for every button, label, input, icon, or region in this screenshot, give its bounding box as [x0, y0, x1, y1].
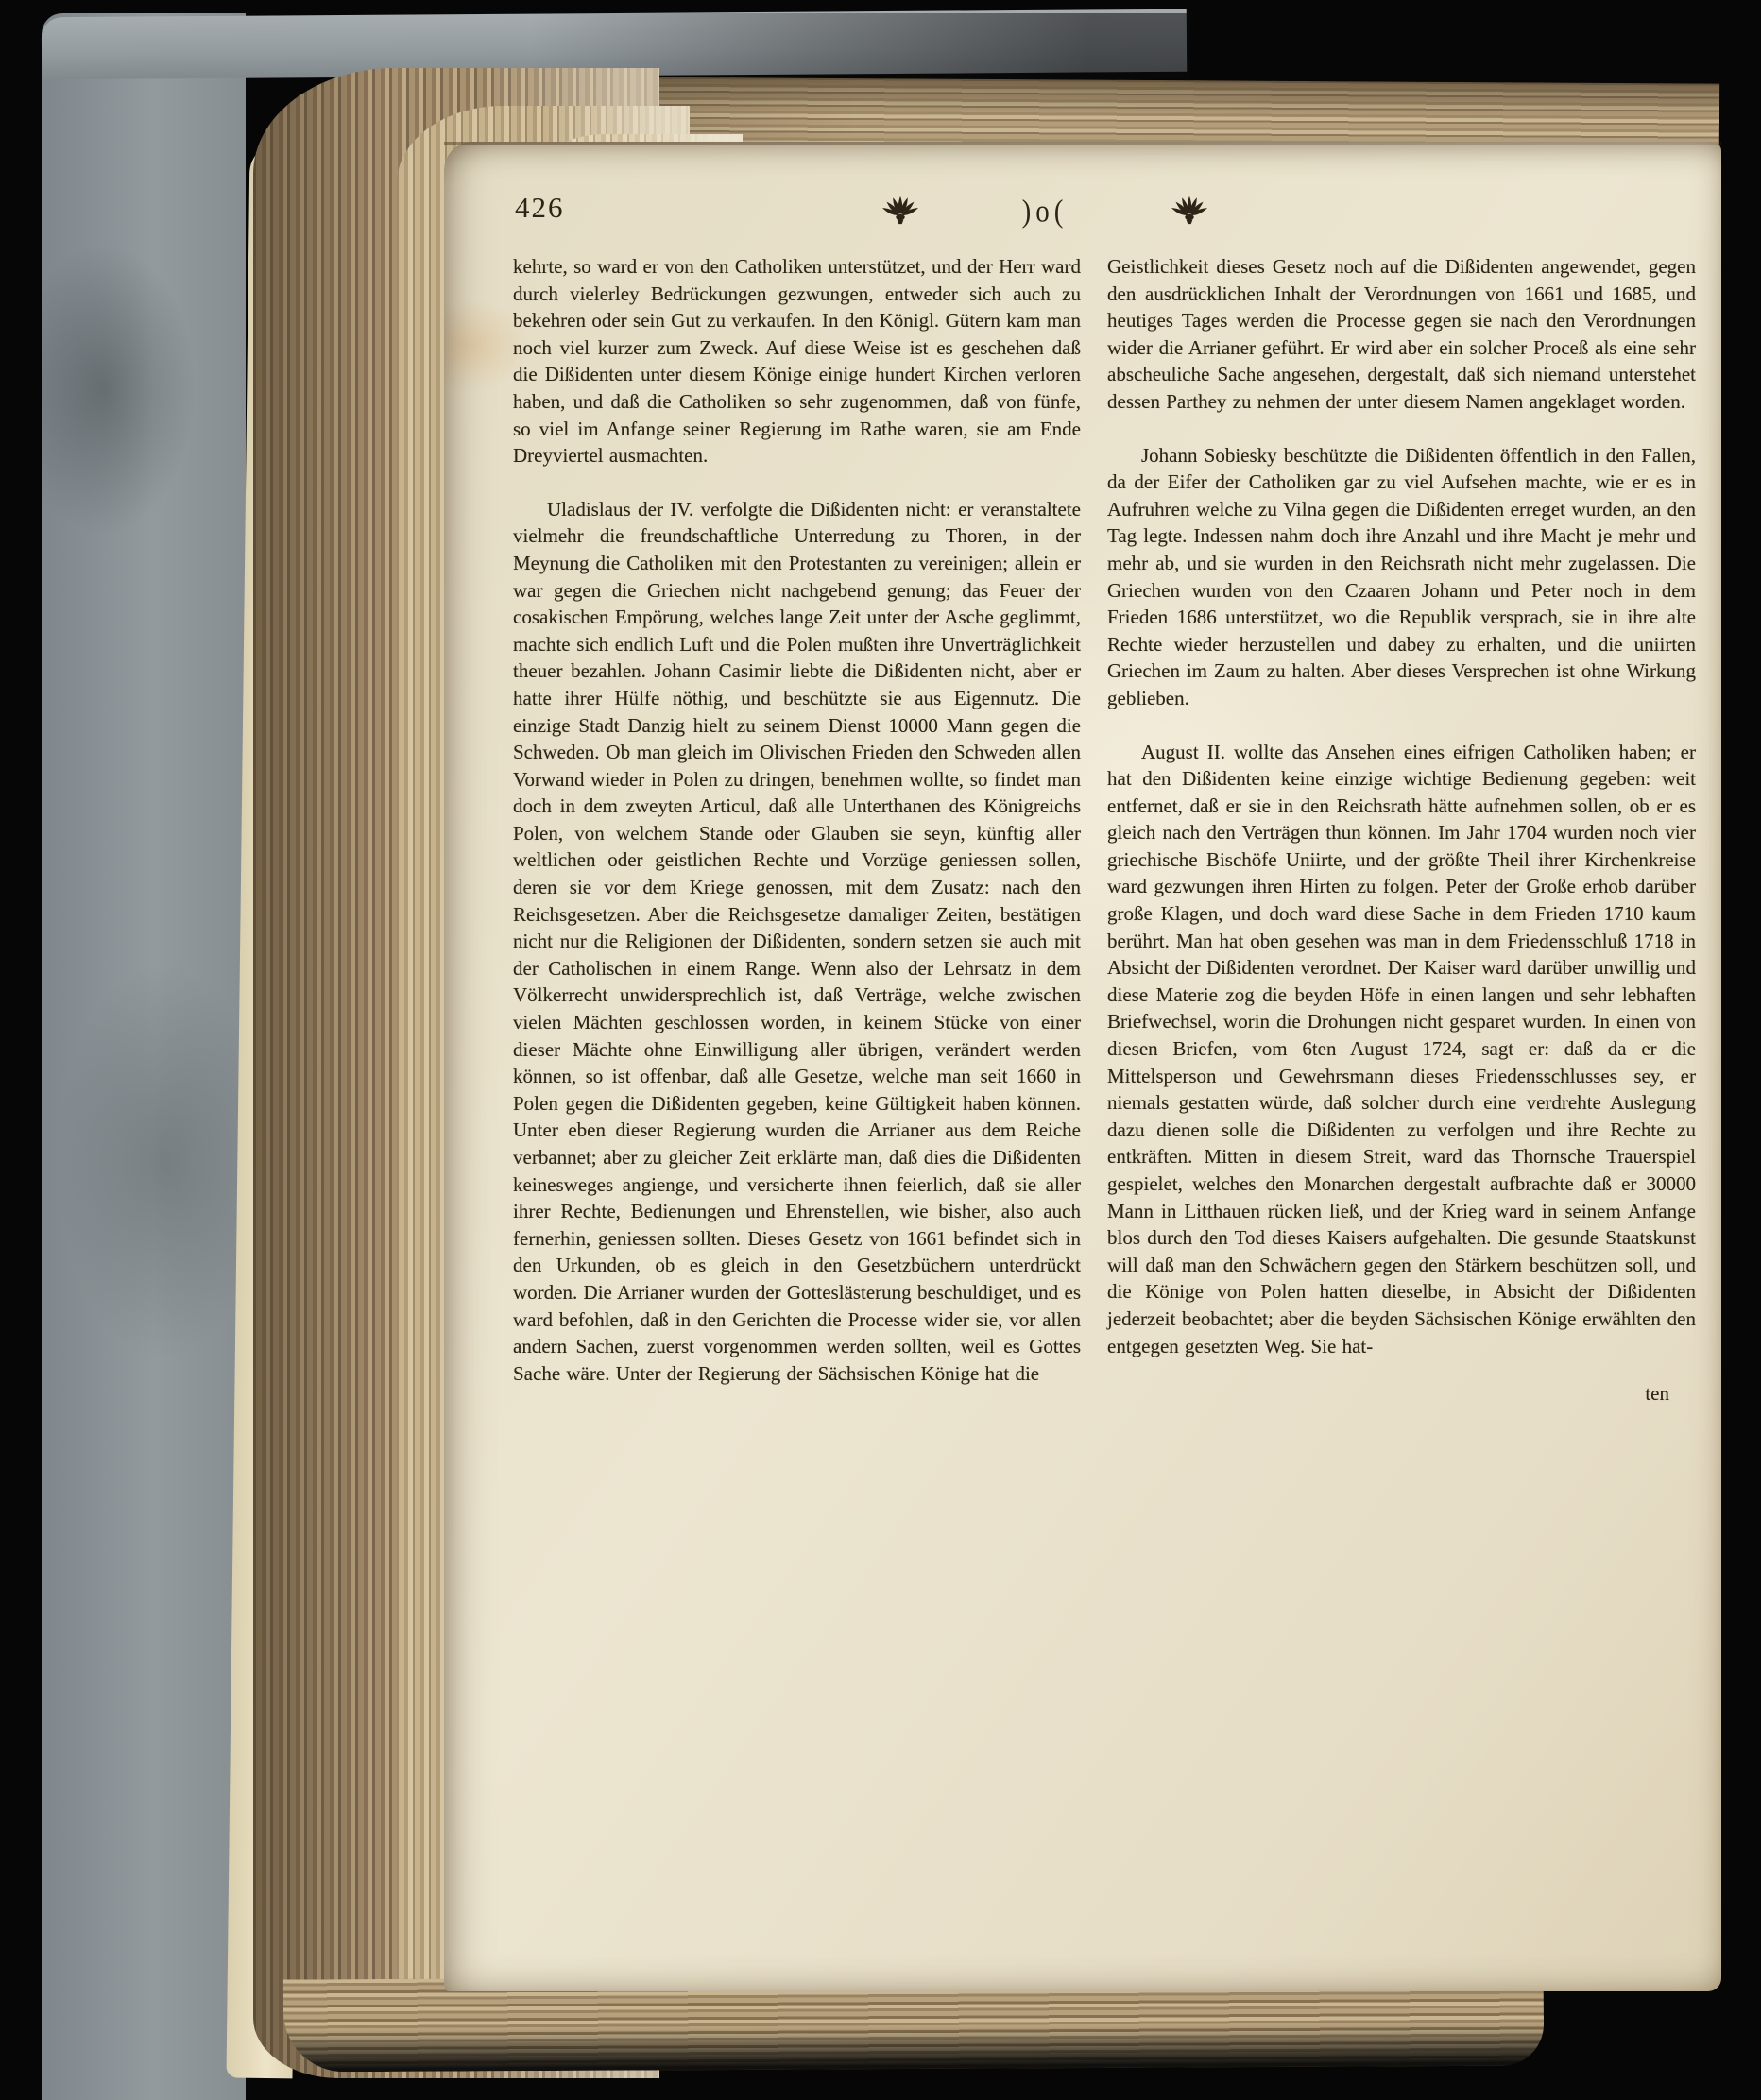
text-column-right: Geistlichkeit dieses Gesetz noch auf die… — [1107, 253, 1696, 1413]
catchword: ten — [1107, 1380, 1696, 1408]
book-cover-left-edge — [42, 13, 246, 2100]
book-scan-photo: 426 — [0, 0, 1761, 2100]
header-ornaments: )o( — [881, 191, 1208, 232]
right-paragraph-3: August II. wollte das Ansehen eines eifr… — [1107, 739, 1696, 1360]
shell-fleuron-right-icon — [1171, 193, 1208, 231]
right-paragraph-1: Geistlichkeit dieses Gesetz noch auf die… — [1107, 253, 1696, 416]
header-separator-mark: )o( — [1022, 194, 1069, 230]
shell-fleuron-left-icon — [881, 193, 919, 231]
two-column-text-block: kehrte, so ward er von den Catholiken un… — [513, 253, 1696, 1413]
text-column-left: kehrte, so ward er von den Catholiken un… — [513, 253, 1081, 1413]
left-paragraph-1: kehrte, so ward er von den Catholiken un… — [513, 253, 1081, 470]
page-number: 426 — [515, 191, 565, 225]
page-header: 426 — [513, 185, 1696, 253]
printed-text-layer: 426 — [513, 185, 1696, 1413]
right-paragraph-2: Johann Sobiesky beschützte die Dißidente… — [1107, 442, 1696, 712]
left-paragraph-2: Uladislaus der IV. verfolgte die Dißiden… — [513, 496, 1081, 1388]
